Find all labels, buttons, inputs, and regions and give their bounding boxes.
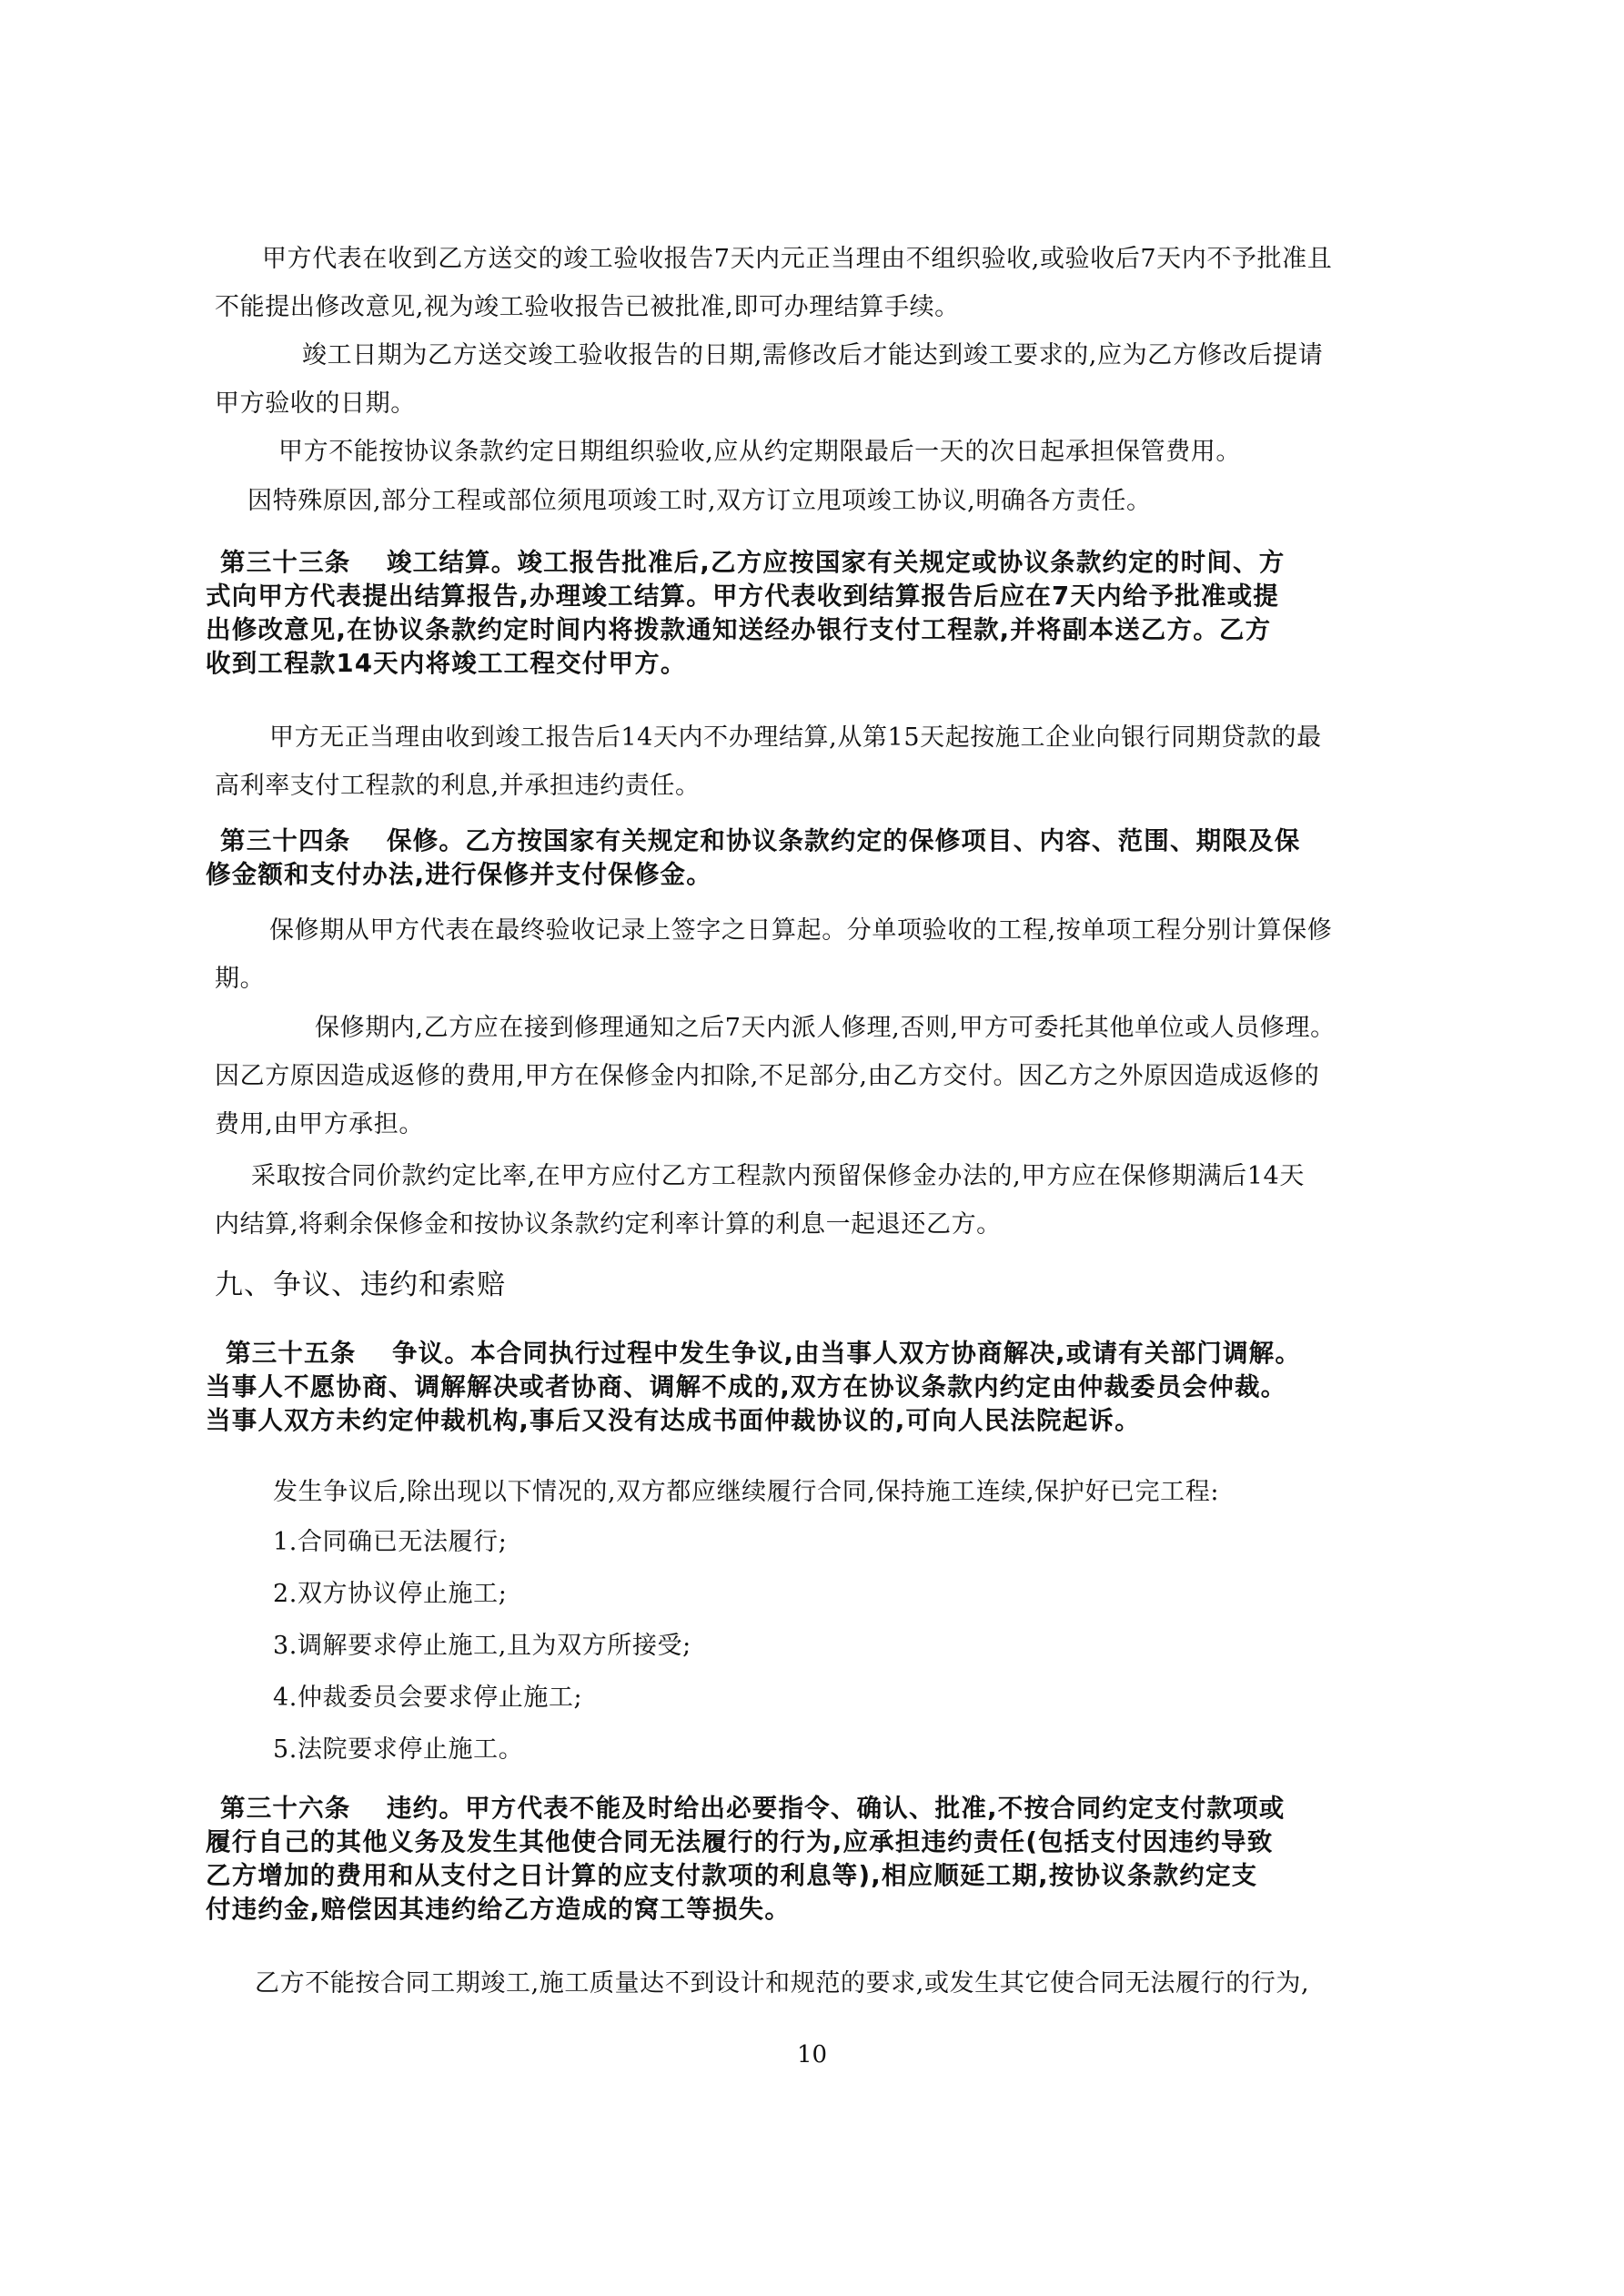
text-line: 第三十六条 违约。甲方代表不能及时给出必要指令、确认、批准,不按合同约定支付款项… xyxy=(206,1792,1507,1826)
paragraph-storage-fee: 甲方不能按协议条款约定日期组织验收,应从约定期限最后一天的次日起承担保管费用。 xyxy=(215,428,1507,476)
text-line: 式向甲方代表提出结算报告,办理竣工结算。甲方代表收到结算报告后应在7天内给予批准… xyxy=(206,580,1507,613)
paragraph-late-settlement: 甲方无正当理由收到竣工报告后14天内不办理结算,从第15天起按施工企业向银行同期… xyxy=(215,713,1507,810)
paragraph-warranty-repair: 保修期内,乙方应在接到修理通知之后7天内派人修理,否则,甲方可委托其他单位或人员… xyxy=(215,1004,1507,1148)
text-line: 当事人不愿协商、调解解决或者协商、调解不成的,双方在协议条款内约定由仲裁委员会仲… xyxy=(206,1371,1507,1404)
paragraph-partial-completion: 因特殊原因,部分工程或部位须甩项竣工时,双方订立甩项竣工协议,明确各方责任。 xyxy=(215,477,1507,525)
text-line: 保修期从甲方代表在最终验收记录上签字之日算起。分单项验收的工程,按单项工程分别计… xyxy=(215,906,1507,955)
text-line: 费用,由甲方承担。 xyxy=(215,1100,1507,1148)
list-item: 3.调解要求停止施工,且为双方所接受; xyxy=(273,1628,691,1664)
page-number: 10 xyxy=(0,2041,1624,2068)
text-line: 期。 xyxy=(215,955,1507,1003)
text-line: 内结算,将剩余保修金和按协议条款约定利率计算的利息一起退还乙方。 xyxy=(215,1200,1507,1249)
text-line: 付违约金,赔偿因其违约给乙方造成的窝工等损失。 xyxy=(206,1893,1507,1927)
article-33-settlement: 第三十三条 竣工结算。竣工报告批准后,乙方应按国家有关规定或协议条款约定的时间、… xyxy=(206,546,1507,681)
text-line: 甲方验收的日期。 xyxy=(215,379,1507,428)
text-line: 履行自己的其他义务及发生其他使合同无法履行的行为,应承担违约责任(包括支付因违约… xyxy=(206,1826,1507,1859)
text-line: 当事人双方未约定仲裁机构,事后又没有达成书面仲裁协议的,可向人民法院起诉。 xyxy=(206,1404,1507,1438)
article-34-warranty: 第三十四条 保修。乙方按国家有关规定和协议条款约定的保修项目、内容、范围、期限及… xyxy=(206,824,1507,892)
text-line: 乙方增加的费用和从支付之日计算的应支付款项的利息等),相应顺延工期,按协议条款约… xyxy=(206,1859,1507,1893)
text-line: 甲方不能按协议条款约定日期组织验收,应从约定期限最后一天的次日起承担保管费用。 xyxy=(215,428,1507,476)
text-line: 收到工程款14天内将竣工工程交付甲方。 xyxy=(206,647,1507,681)
text-line: 采取按合同价款约定比率,在甲方应付乙方工程款内预留保修金办法的,甲方应在保修期满… xyxy=(215,1152,1507,1200)
text-line: 不能提出修改意见,视为竣工验收报告已被批准,即可办理结算手续。 xyxy=(215,283,1507,331)
text-line: 因乙方原因造成返修的费用,甲方在保修金内扣除,不足部分,由乙方交付。因乙方之外原… xyxy=(215,1052,1507,1100)
article-36-breach: 第三十六条 违约。甲方代表不能及时给出必要指令、确认、批准,不按合同约定支付款项… xyxy=(206,1792,1507,1927)
text-line: 第三十四条 保修。乙方按国家有关规定和协议条款约定的保修项目、内容、范围、期限及… xyxy=(206,824,1507,858)
paragraph-retention-money: 采取按合同价款约定比率,在甲方应付乙方工程款内预留保修金办法的,甲方应在保修期满… xyxy=(215,1152,1507,1249)
list-item: 1.合同确已无法履行; xyxy=(273,1524,507,1561)
text-line: 发生争议后,除出现以下情况的,双方都应继续履行合同,保持施工连续,保护好已完工程… xyxy=(215,1468,1507,1516)
text-line: 第三十五条 争议。本合同执行过程中发生争议,由当事人双方协商解决,或请有关部门调… xyxy=(206,1337,1507,1371)
list-item: 5.法院要求停止施工。 xyxy=(273,1732,523,1768)
text-line: 修金额和支付办法,进行保修并支付保修金。 xyxy=(206,858,1507,892)
paragraph-acceptance-approval: 甲方代表在收到乙方送交的竣工验收报告7天内元正当理由不组织验收,或验收后7天内不… xyxy=(215,235,1507,331)
text-line: 乙方不能按合同工期竣工,施工质量达不到设计和规范的要求,或发生其它使合同无法履行… xyxy=(215,1959,1507,2008)
text-line: 出修改意见,在协议条款约定时间内将拨款通知送经办银行支付工程款,并将副本送乙方。… xyxy=(206,613,1507,647)
text-line: 甲方代表在收到乙方送交的竣工验收报告7天内元正当理由不组织验收,或验收后7天内不… xyxy=(215,235,1507,283)
text-line: 甲方无正当理由收到竣工报告后14天内不办理结算,从第15天起按施工企业向银行同期… xyxy=(215,713,1507,762)
document-page: 甲方代表在收到乙方送交的竣工验收报告7天内元正当理由不组织验收,或验收后7天内不… xyxy=(0,0,1624,2296)
text-line: 竣工日期为乙方送交竣工验收报告的日期,需修改后才能达到竣工要求的,应为乙方修改后… xyxy=(215,331,1507,379)
section-heading-disputes: 九、争议、违约和索赔 xyxy=(215,1267,506,1303)
paragraph-warranty-period: 保修期从甲方代表在最终验收记录上签字之日算起。分单项验收的工程,按单项工程分别计… xyxy=(215,906,1507,1003)
list-item: 2.双方协议停止施工; xyxy=(273,1576,507,1613)
text-line: 保修期内,乙方应在接到修理通知之后7天内派人修理,否则,甲方可委托其他单位或人员… xyxy=(215,1004,1507,1052)
paragraph-continue-performance: 发生争议后,除出现以下情况的,双方都应继续履行合同,保持施工连续,保护好已完工程… xyxy=(215,1468,1507,1516)
paragraph-contractor-breach: 乙方不能按合同工期竣工,施工质量达不到设计和规范的要求,或发生其它使合同无法履行… xyxy=(215,1959,1507,2008)
text-line: 第三十三条 竣工结算。竣工报告批准后,乙方应按国家有关规定或协议条款约定的时间、… xyxy=(206,546,1507,580)
paragraph-completion-date: 竣工日期为乙方送交竣工验收报告的日期,需修改后才能达到竣工要求的,应为乙方修改后… xyxy=(215,331,1507,428)
article-35-disputes: 第三十五条 争议。本合同执行过程中发生争议,由当事人双方协商解决,或请有关部门调… xyxy=(206,1337,1507,1438)
text-line: 高利率支付工程款的利息,并承担违约责任。 xyxy=(215,762,1507,810)
list-item: 4.仲裁委员会要求停止施工; xyxy=(273,1680,582,1716)
text-line: 因特殊原因,部分工程或部位须甩项竣工时,双方订立甩项竣工协议,明确各方责任。 xyxy=(215,477,1507,525)
